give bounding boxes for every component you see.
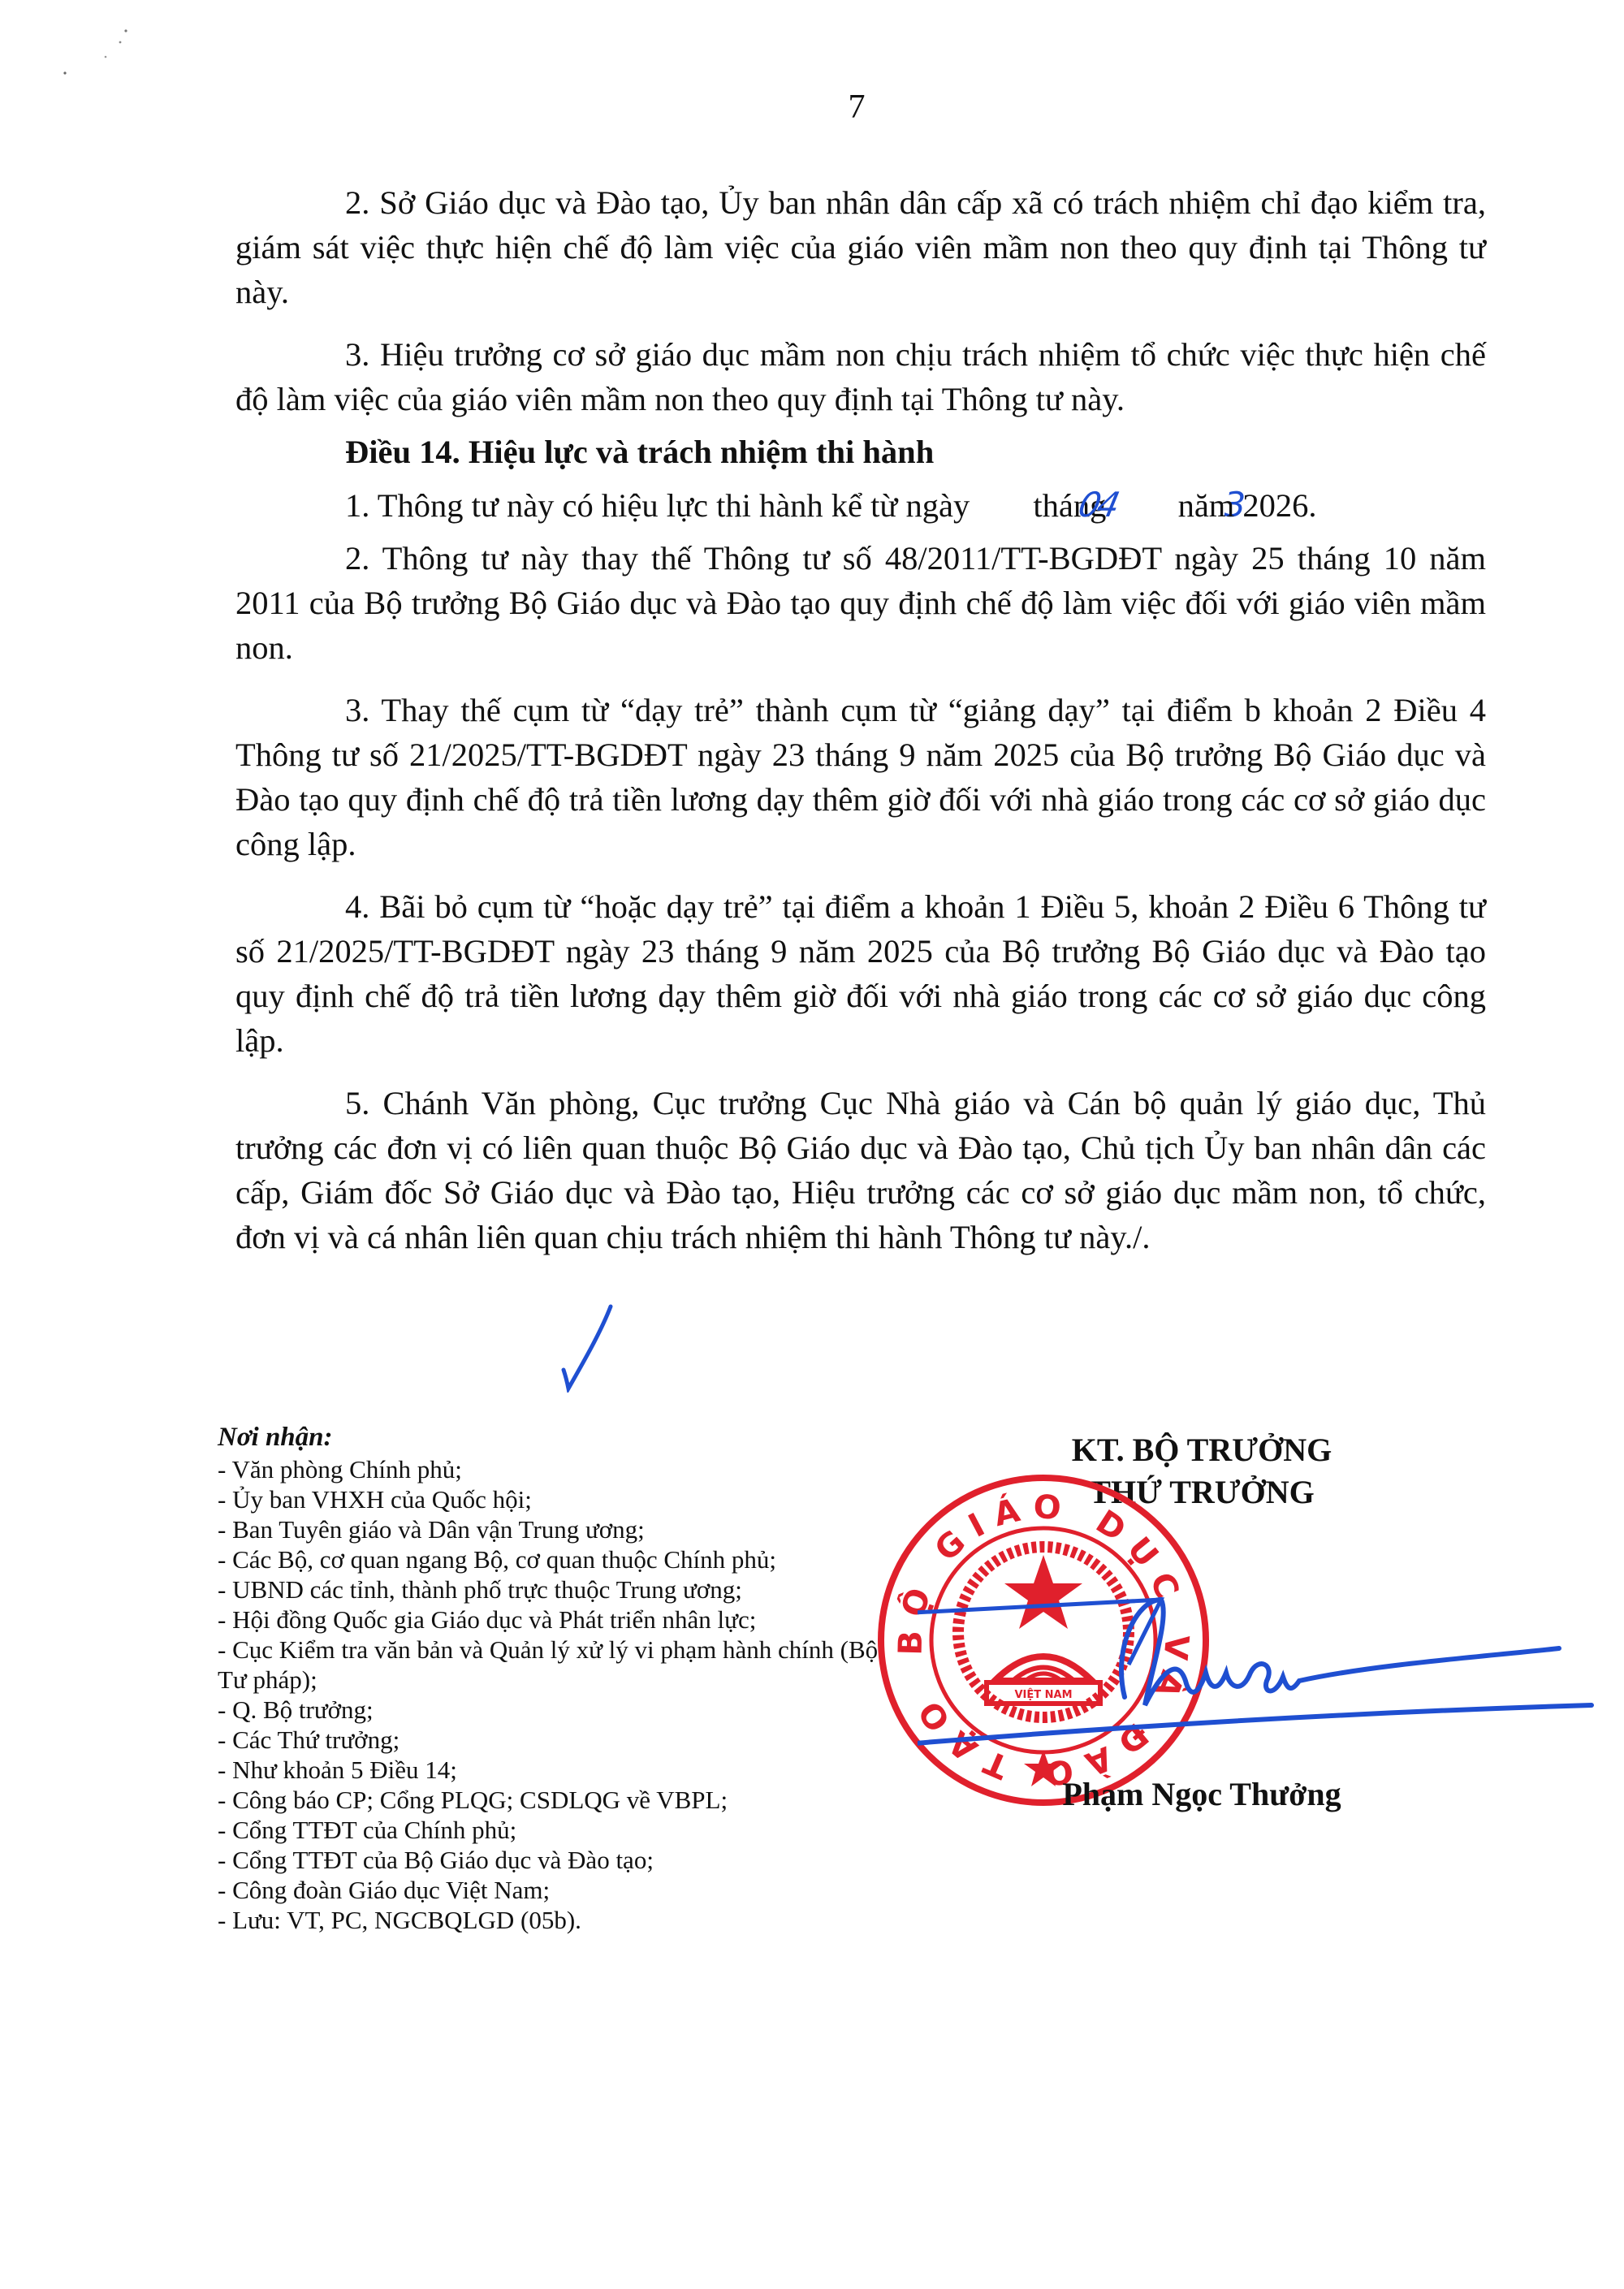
paragraph-clause-2: 2. Sở Giáo dục và Đào tạo, Ủy ban nhân d… xyxy=(235,180,1486,314)
recipient-item: - Ban Tuyên giáo và Dân vận Trung ương; xyxy=(218,1514,883,1544)
handwritten-check-icon xyxy=(560,1303,625,1393)
recipient-item: - Văn phòng Chính phủ; xyxy=(218,1454,883,1484)
recipient-item: - Cổng TTĐT của Chính phủ; xyxy=(218,1815,883,1845)
article-clause-5: 5. Chánh Văn phòng, Cục trưởng Cục Nhà g… xyxy=(235,1081,1486,1259)
recipient-item: - Các Thứ trưởng; xyxy=(218,1725,883,1755)
handwritten-day: 04 xyxy=(965,482,1030,527)
clause-1-text: 1. Thông tư này có hiệu lực thi hành kể … xyxy=(345,487,970,524)
recipient-item: - Cục Kiểm tra văn bản và Quản lý xử lý … xyxy=(218,1635,883,1695)
recipient-item: - Các Bộ, cơ quan ngang Bộ, cơ quan thuộ… xyxy=(218,1544,883,1574)
signer-name: Phạm Ngọc Thưởng xyxy=(958,1775,1445,1813)
signature-authority: KT. BỘ TRƯỞNG xyxy=(958,1429,1445,1471)
recipient-item: - Như khoản 5 Điều 14; xyxy=(218,1755,883,1785)
article-clause-2: 2. Thông tư này thay thế Thông tư số 48/… xyxy=(235,536,1486,670)
paragraph-clause-3: 3. Hiệu trưởng cơ sở giáo dục mầm non ch… xyxy=(235,332,1486,421)
recipient-item: - Công đoàn Giáo dục Việt Nam; xyxy=(218,1875,883,1905)
article-clause-4: 4. Bãi bỏ cụm từ “hoặc dạy trẻ” tại điểm… xyxy=(235,884,1486,1063)
clause-1-year: năm 2026. xyxy=(1178,487,1317,524)
article-clause-1: 1. Thông tư này có hiệu lực thi hành kể … xyxy=(235,482,1486,528)
handwritten-month: 3 xyxy=(1114,482,1169,527)
recipient-item: - Ủy ban VHXH của Quốc hội; xyxy=(218,1484,883,1514)
recipients-list: Nơi nhận: - Văn phòng Chính phủ;- Ủy ban… xyxy=(218,1423,883,1935)
handwritten-signature xyxy=(918,1567,1616,1762)
recipient-item: - Công báo CP; Cổng PLQG; CSDLQG về VBPL… xyxy=(218,1785,883,1815)
recipient-item: - Lưu: VT, PC, NGCBQLGD (05b). xyxy=(218,1905,883,1935)
recipient-item: - UBND các tỉnh, thành phố trực thuộc Tr… xyxy=(218,1574,883,1604)
page-number: 7 xyxy=(0,88,1624,127)
recipient-item: - Cổng TTĐT của Bộ Giáo dục và Đào tạo; xyxy=(218,1845,883,1875)
recipient-item: - Hội đồng Quốc gia Giáo dục và Phát tri… xyxy=(218,1604,883,1635)
recipients-title: Nơi nhận: xyxy=(218,1423,883,1453)
document-body: 2. Sở Giáo dục và Đào tạo, Ủy ban nhân d… xyxy=(235,180,1486,1277)
article-clause-3: 3. Thay thế cụm từ “dạy trẻ” thành cụm t… xyxy=(235,688,1486,866)
article-heading: Điều 14. Hiệu lực và trách nhiệm thi hàn… xyxy=(235,430,1486,474)
recipient-item: - Q. Bộ trưởng; xyxy=(218,1695,883,1725)
